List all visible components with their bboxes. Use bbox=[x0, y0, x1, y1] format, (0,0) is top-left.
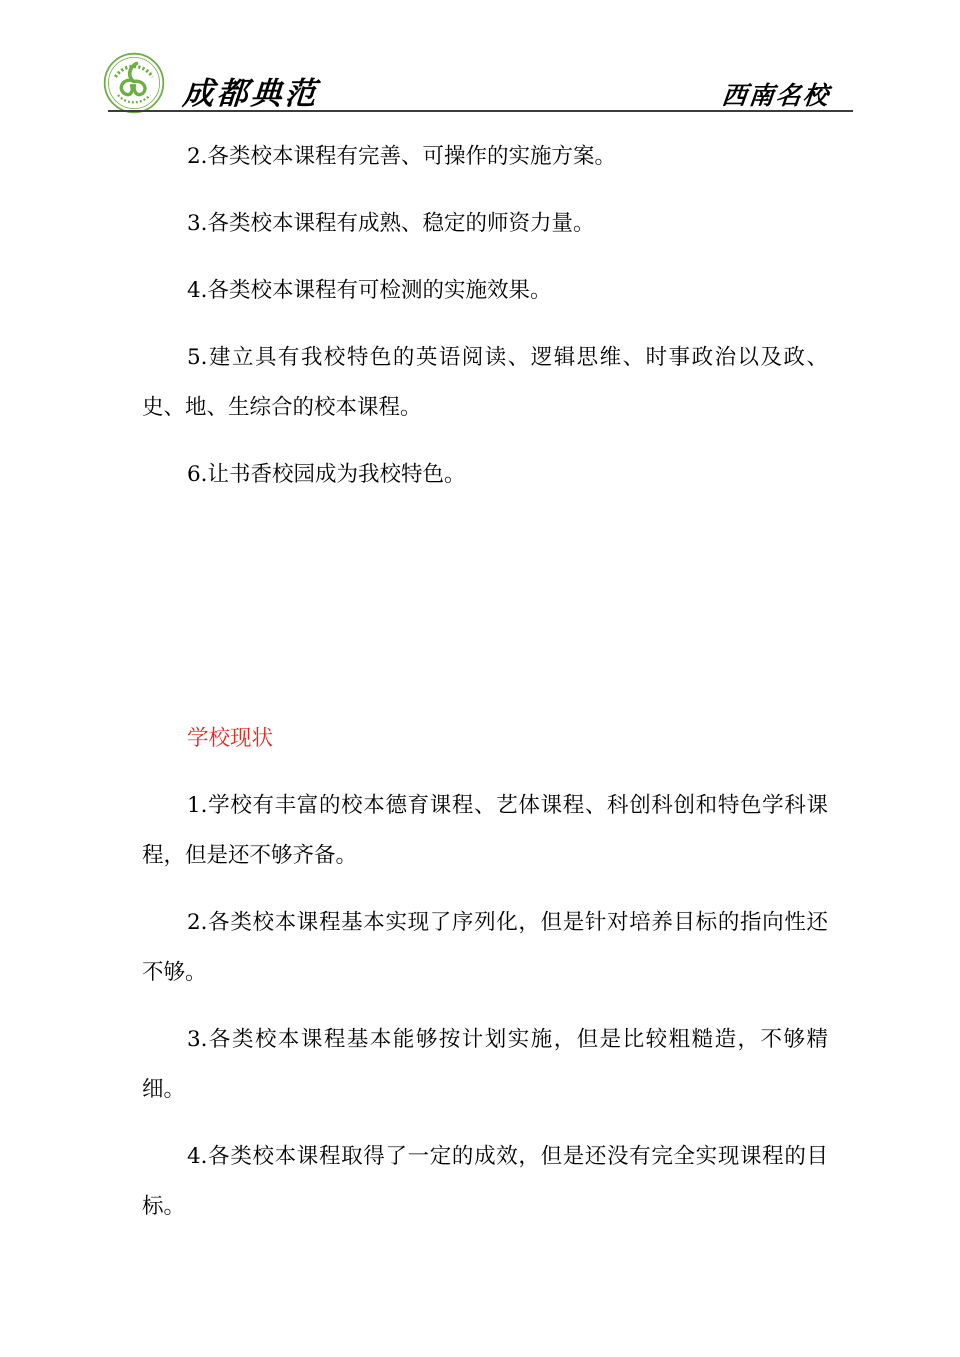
section-heading: 学校现状 bbox=[142, 714, 828, 764]
document-page: 成都典范 西南名校 2.各类校本课程有完善、可操作的实施方案。 3.各类校本课程… bbox=[0, 0, 960, 1357]
list-item: 3.各类校本课程基本能够按计划实施，但是比较粗糙造，不够精细。 bbox=[142, 1015, 828, 1115]
header-rule bbox=[108, 110, 853, 112]
list-item: 6.让书香校园成为我校特色。 bbox=[142, 450, 828, 500]
brand-left-calligraphy: 成都典范 bbox=[181, 68, 320, 113]
list-item: 2.各类校本课程基本实现了序列化，但是针对培养目标的指向性还不够。 bbox=[142, 898, 828, 998]
section-spacer bbox=[142, 517, 828, 714]
list-item: 2.各类校本课程有完善、可操作的实施方案。 bbox=[142, 132, 828, 182]
list-item: 3.各类校本课程有成熟、稳定的师资力量。 bbox=[142, 199, 828, 249]
list-item: 4.各类校本课程有可检测的实施效果。 bbox=[142, 266, 828, 316]
school-emblem-icon bbox=[103, 52, 165, 114]
page-header: 成都典范 西南名校 bbox=[0, 0, 960, 130]
list-item: 1.学校有丰富的校本德育课程、艺体课程、科创科创和特色学科课程，但是还不够齐备。 bbox=[142, 781, 828, 881]
list-item: 5.建立具有我校特色的英语阅读、逻辑思维、时事政治以及政、史、地、生综合的校本课… bbox=[142, 333, 828, 433]
document-body: 2.各类校本课程有完善、可操作的实施方案。 3.各类校本课程有成熟、稳定的师资力… bbox=[142, 132, 828, 1249]
list-item: 4.各类校本课程取得了一定的成效，但是还没有完全实现课程的目标。 bbox=[142, 1132, 828, 1232]
brand-right-calligraphy: 西南名校 bbox=[720, 76, 832, 112]
